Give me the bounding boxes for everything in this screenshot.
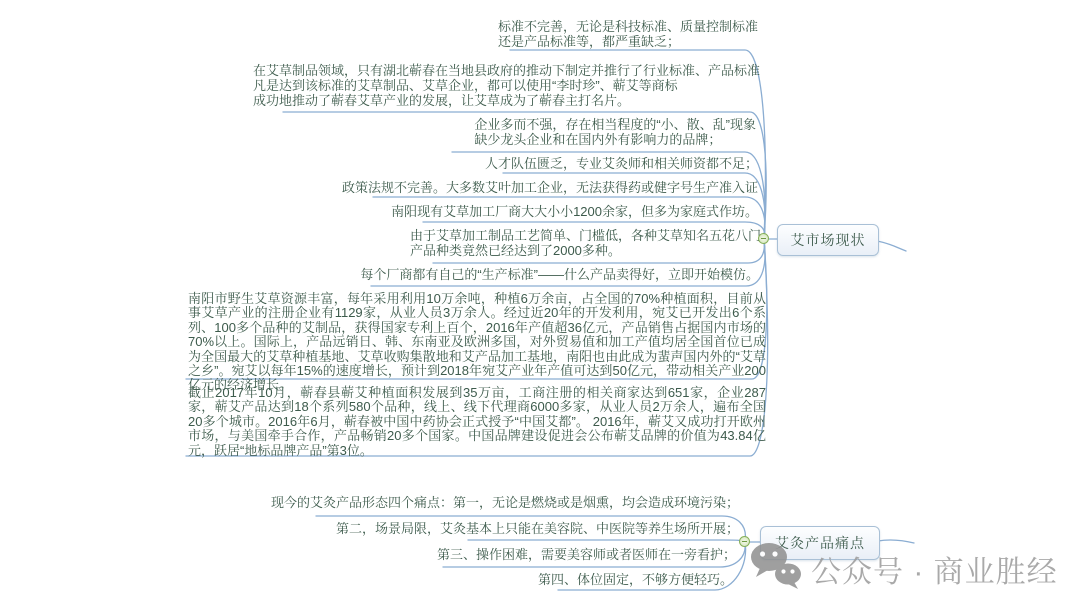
branch-line: [468, 540, 745, 542]
mindmap-node[interactable]: 截止2017年10月，蕲春县蕲艾种植面积发展到35万亩，工商注册的相关商家达到6…: [188, 386, 766, 458]
mindmap-node[interactable]: 企业多而不强，存在相当程度的“小、散、乱”现象 缺少龙头企业和在国内外有影响力的…: [474, 117, 756, 147]
mindmap-node[interactable]: 在艾草制品领域，只有湖北蕲春在当地县政府的推动下制定并推行了行业标准、产品标准 …: [253, 63, 760, 109]
collapse-toggle[interactable]: [739, 536, 750, 547]
mindmap-node[interactable]: 标准不完善，无论是科技标准、质量控制标准 还是产品标准等，都严重缺乏；: [498, 19, 758, 49]
mindmap-node[interactable]: 第二，场景局限，艾灸基本上只能在美容院、中医院等养生场所开展；: [336, 521, 739, 536]
mindmap-node[interactable]: 南阳市野生艾草资源丰富，每年采用利用10万余吨，种植6万余亩，占全国的70%种植…: [188, 292, 766, 393]
topic-label: 艾市场现状: [791, 230, 866, 250]
collapse-toggle[interactable]: [758, 233, 769, 244]
topic-box-product-painpoints[interactable]: 艾灸产品痛点: [760, 526, 880, 560]
mindmap-node[interactable]: 由于艾草加工制品工艺简单、门槛低，各种艾草知名五花八门 产品种类竟然已经达到了2…: [410, 228, 761, 258]
mindmap-node[interactable]: 政策法规不完善。大多数艾叶加工企业，无法获得药或健字号生产准入证: [342, 180, 758, 195]
branch-line: [877, 241, 906, 251]
minus-icon: [761, 238, 766, 239]
mindmap-node[interactable]: 南阳现有艾草加工厂商大大小小1200余家，但多为家庭式作坊。: [391, 204, 758, 219]
topic-label: 艾灸产品痛点: [775, 533, 865, 553]
topic-box-market-status[interactable]: 艾市场现状: [777, 224, 879, 256]
mindmap-node[interactable]: 第三、操作困难，需要美容师或者医师在一旁看护；: [437, 547, 736, 562]
mindmap-node[interactable]: 每个厂商都有自己的“生产标准”——什么产品卖得好，立即开始模仿。: [360, 267, 759, 282]
mindmap-canvas: 标准不完善，无论是科技标准、质量控制标准 还是产品标准等，都严重缺乏； 在艾草制…: [0, 0, 1080, 608]
mindmap-node[interactable]: 人才队伍匮乏，专业艾灸师和相关师资都不足；: [485, 156, 758, 171]
mindmap-node[interactable]: 现今的艾灸产品形态四个痛点：第一，无论是燃烧或是烟熏，均会造成环境污染；: [271, 495, 739, 510]
minus-icon: [742, 541, 747, 542]
branch-line: [878, 540, 914, 543]
mindmap-node[interactable]: 第四、体位固定，不够方便轻巧。: [538, 572, 733, 587]
